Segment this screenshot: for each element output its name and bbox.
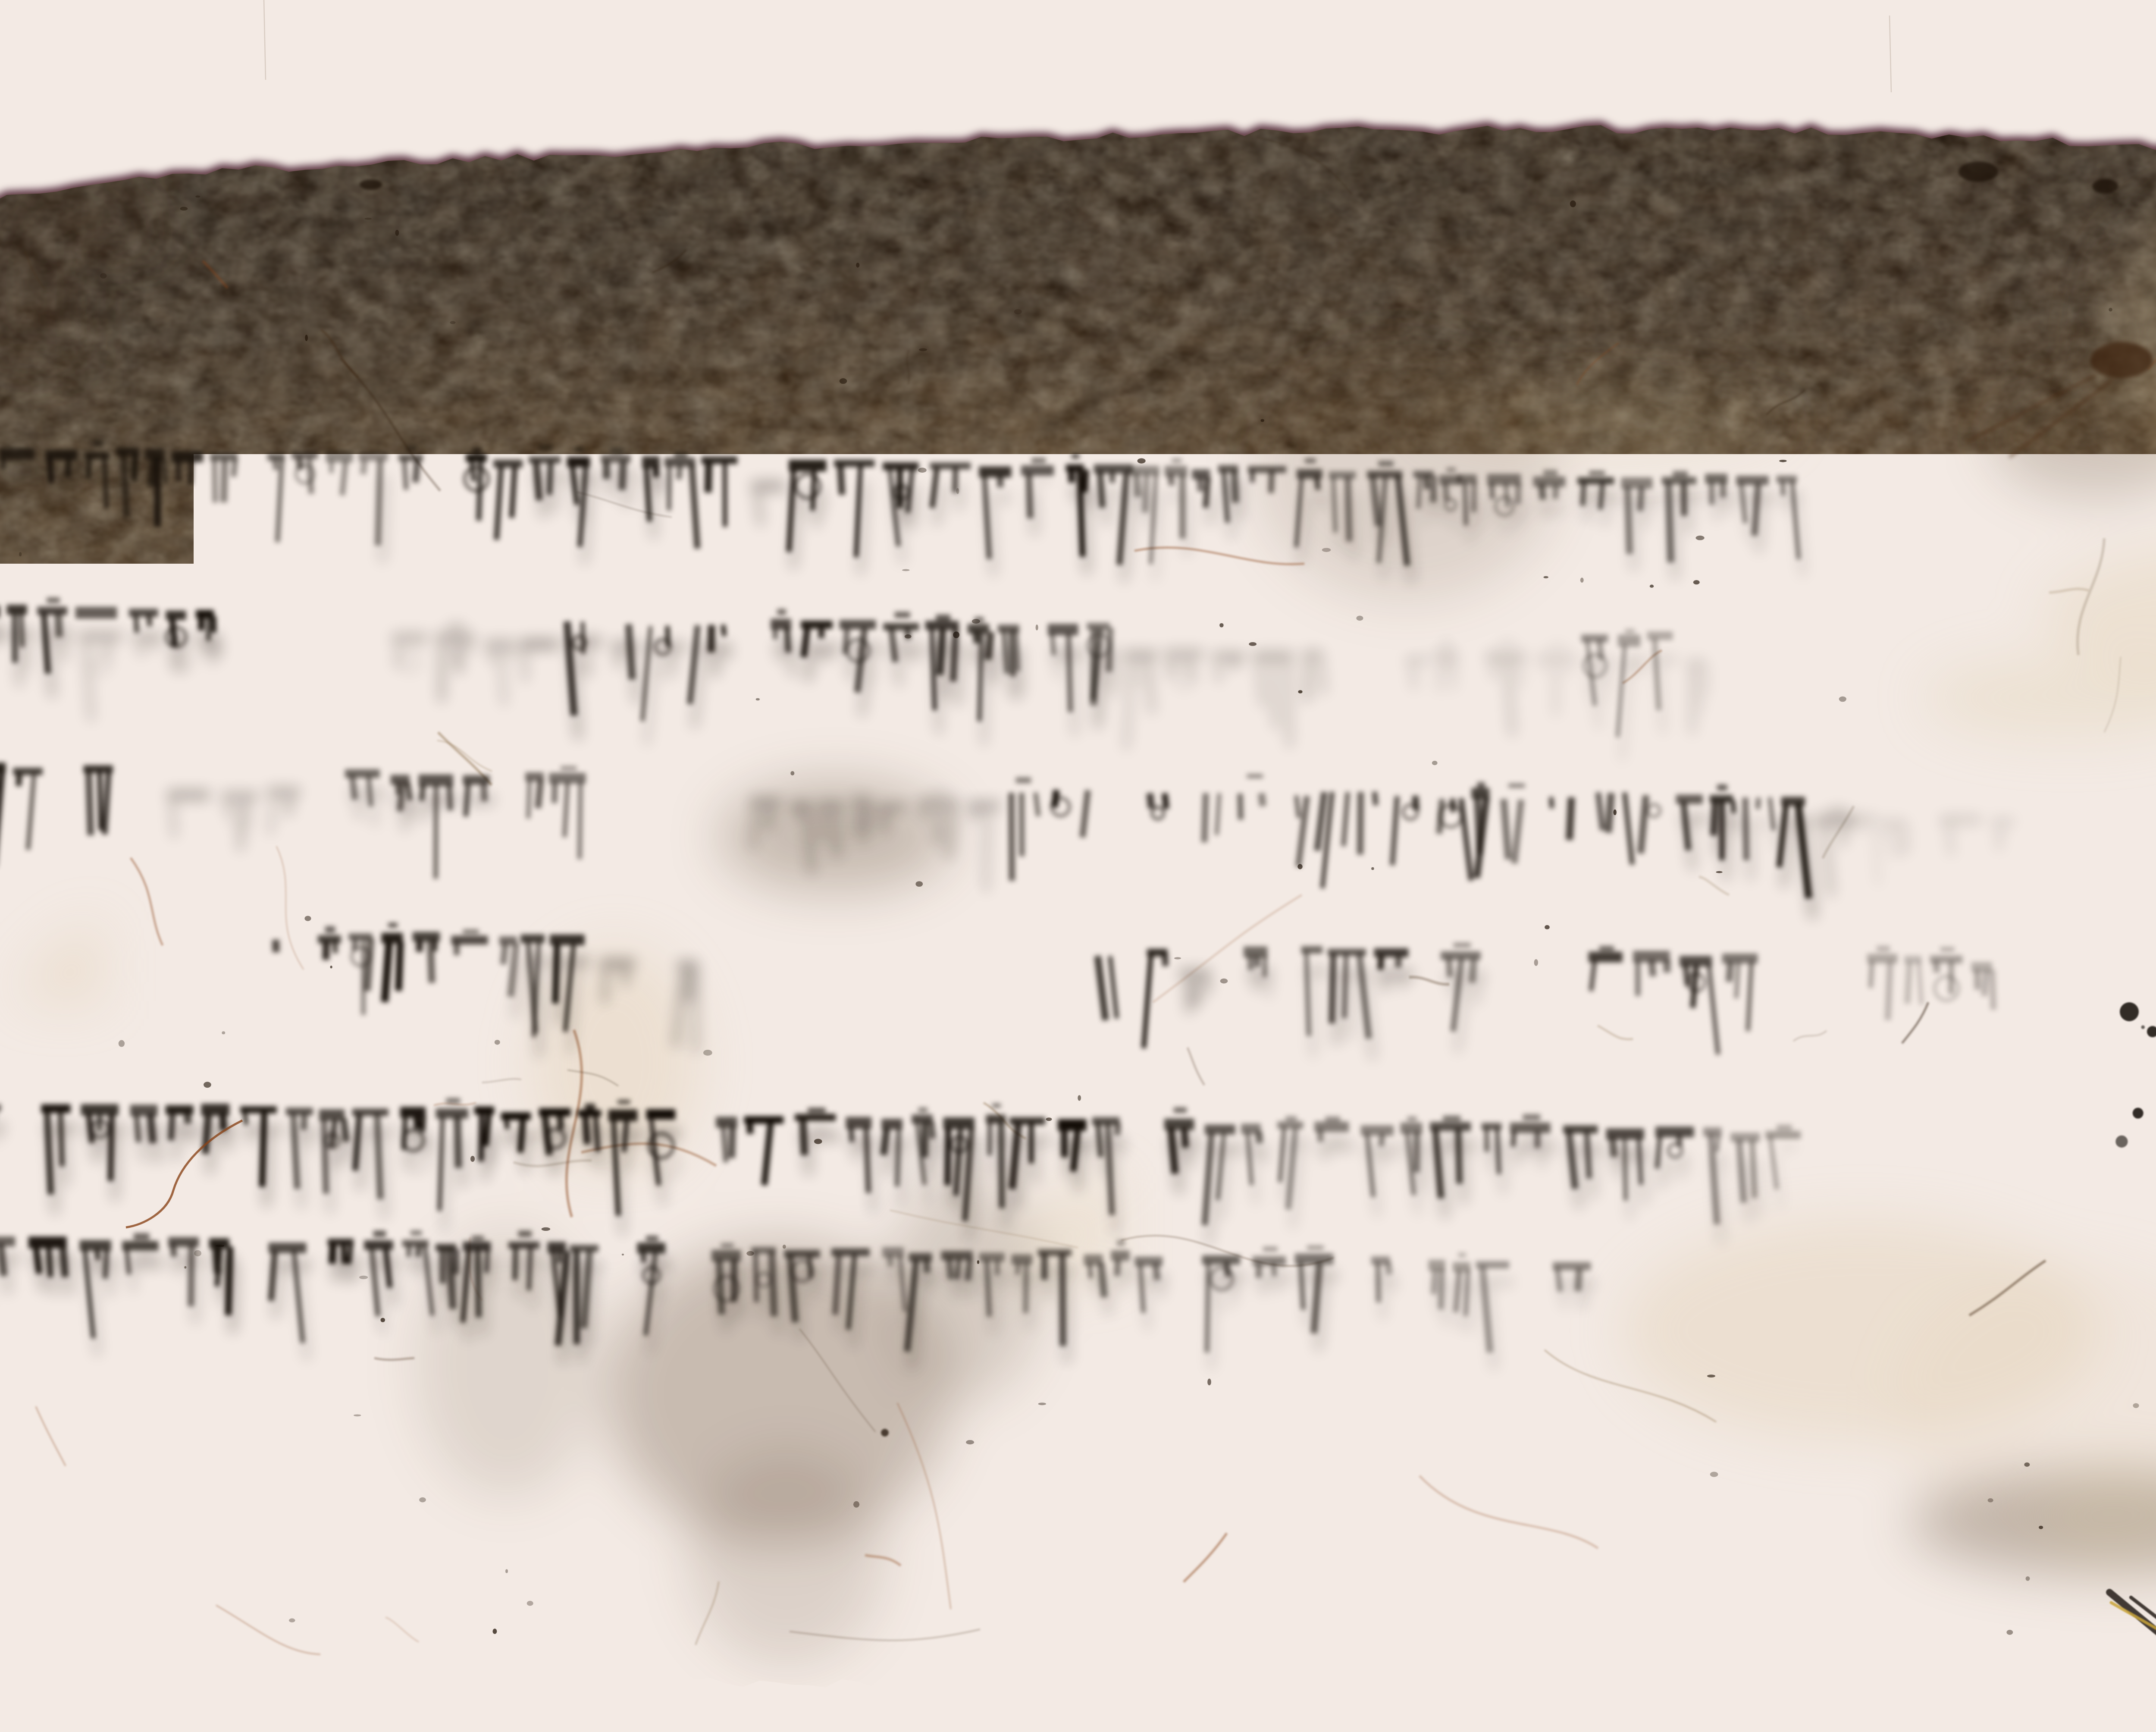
manuscript-photograph	[0, 0, 2156, 1732]
photo-backdrop	[0, 0, 2156, 1732]
edge-vignette	[0, 112, 2156, 1725]
paper-sheet	[0, 112, 2156, 1725]
